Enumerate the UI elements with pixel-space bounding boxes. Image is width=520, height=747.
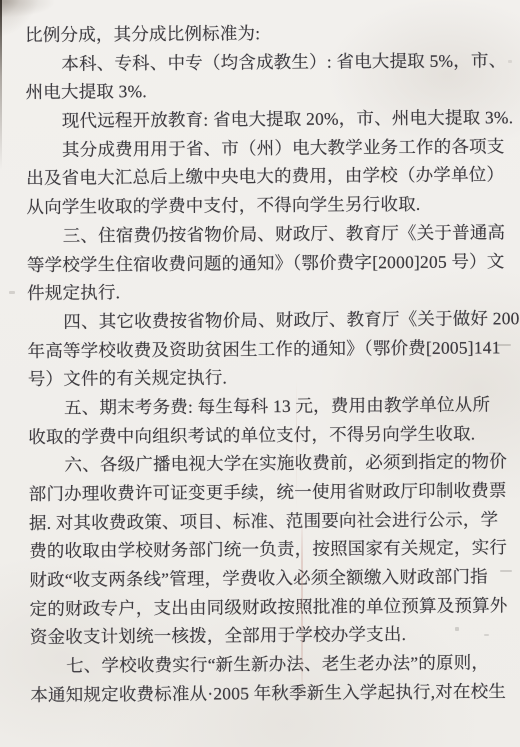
document-line: 件规定执行. bbox=[27, 275, 497, 307]
scanned-document-page: 比例分成，其分成比例标准为:本科、专科、中专（均含成教生）: 省电大提取 5%，… bbox=[0, 0, 520, 747]
document-line: 州电大提取 3%. bbox=[25, 75, 495, 107]
scan-artifact-speck-4 bbox=[508, 60, 512, 63]
document-line: 资金收支计划统一核拨，全部用于学校办学支出. bbox=[30, 620, 500, 652]
document-line: 出及省电大汇总后上缴中央电大的费用，由学校（办学单位） bbox=[26, 161, 496, 193]
paper-crease-upper bbox=[296, 380, 297, 510]
document-line: 七、学校收费实行“新生新办法、老生老办法”的原则， bbox=[30, 648, 500, 680]
document-line: 财政“收支两条线”管理，学费收入必须全额缴入财政部门指 bbox=[29, 562, 499, 594]
scan-artifact-speck-1 bbox=[9, 291, 15, 294]
scan-artifact-dash-2 bbox=[500, 570, 512, 572]
scan-edge-shadow-left bbox=[0, 0, 2, 170]
document-line: 年高等学校收费及资助贫困生工作的通知》（鄂价费[2005]141 bbox=[27, 333, 497, 365]
paper-crease bbox=[301, 515, 303, 700]
scan-artifact-dash-1 bbox=[497, 344, 511, 346]
document-line: 本科、专科、中专（均含成教生）: 省电大提取 5%，市、 bbox=[25, 46, 495, 78]
document-line: 三、住宿费仍按省物价局、财政厅、教育厅《关于普通高 bbox=[27, 218, 497, 250]
document-line: 等学校学生住宿收费问题的通知》（鄂价费字[2000]205 号）文 bbox=[27, 247, 497, 279]
scan-artifact-speck-2 bbox=[455, 627, 459, 631]
scan-artifact-speck-3 bbox=[484, 634, 489, 636]
document-line: 费的收取由学校财务部门统一负责，按照国家有关规定，实行 bbox=[29, 534, 499, 566]
scan-artifact-dots-1 bbox=[489, 452, 499, 454]
document-line: 号）文件的有关规定执行. bbox=[28, 362, 498, 394]
document-line: 五、期末考务费: 每生每科 13 元，费用由教学单位从所 bbox=[28, 390, 498, 422]
document-line: 四、其它收费按省物价局、财政厅、教育厅《关于做好 2005 bbox=[27, 304, 497, 336]
document-line: 六、各级广播电视大学在实施收费前，必须到指定的物价 bbox=[28, 448, 498, 480]
document-line: 定的财政专户，支出由同级财政按照批准的单位预算及预算外 bbox=[30, 591, 500, 623]
document-line: 比例分成，其分成比例标准为: bbox=[25, 17, 495, 49]
document-line: 从向学生收取的学费中支付，不得向学生另行收取. bbox=[26, 189, 496, 221]
document-line: 收取的学费中向组织考试的单位支付，不得另向学生收取. bbox=[28, 419, 498, 451]
document-line: 现代远程开放教育: 省电大提取 20%，市、州电大提取 3%. bbox=[26, 103, 496, 135]
document-line: 本通知规定收费标准从·2005 年秋季新生入学起执行,对在校生 bbox=[30, 677, 500, 709]
document-text-block: 比例分成，其分成比例标准为:本科、专科、中专（均含成教生）: 省电大提取 5%，… bbox=[25, 17, 500, 709]
document-line: 其分成费用用于省、市（州）电大教学业务工作的各项支 bbox=[26, 132, 496, 164]
document-line: 据. 对其收费政策、项目、标准、范围要向社会进行公示，学 bbox=[29, 505, 499, 537]
document-line: 部门办理收费许可证变更手续，统一使用省财政厅印制收费票 bbox=[29, 476, 499, 508]
